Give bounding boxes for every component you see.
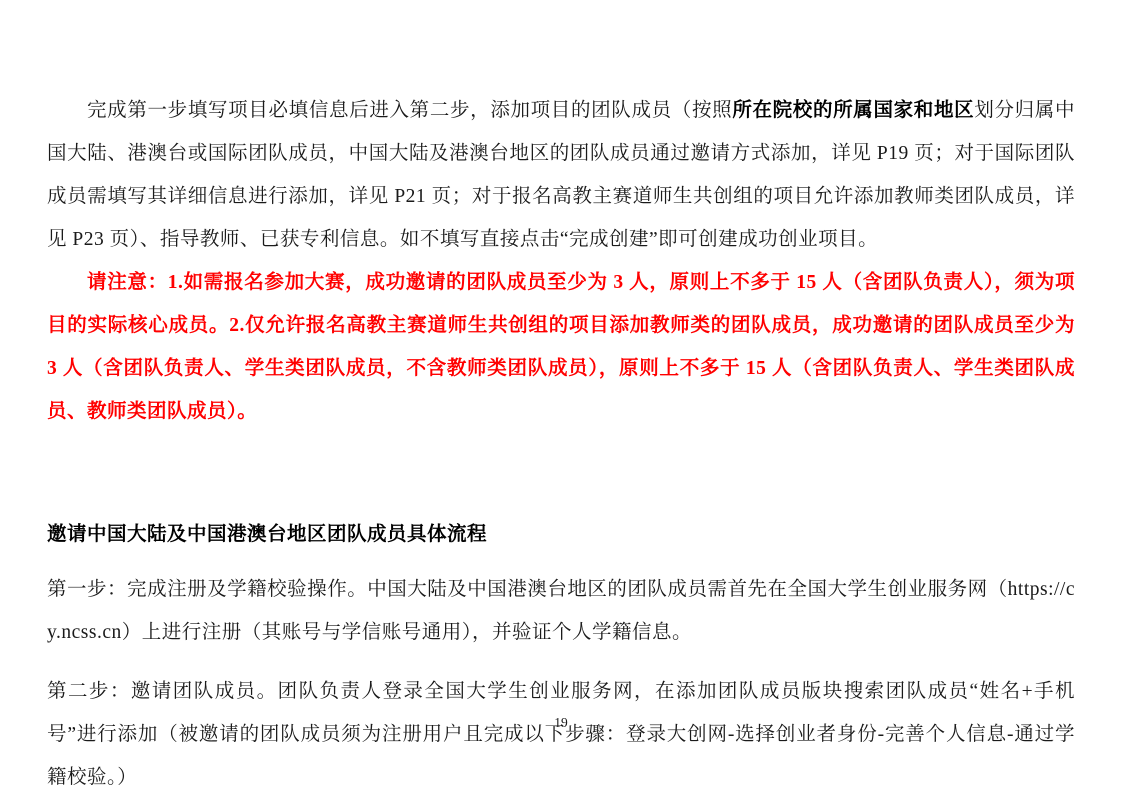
page-footer: 19 [0, 713, 1122, 733]
page-number: 19 [554, 715, 568, 730]
section-heading: 邀请中国大陆及中国港澳台地区团队成员具体流程 [47, 513, 1075, 556]
intro-lead-text: 完成第一步填写项目必填信息后进入第二步，添加项目的团队成员（按照 [87, 100, 732, 121]
intro-tail-text: 划分归属中国大陆、港澳台或国际团队成员，中国大陆及港澳台地区的团队成员通过邀请方… [47, 100, 1075, 250]
document-content: 完成第一步填写项目必填信息后进入第二步，添加项目的团队成员（按照所在院校的所属国… [47, 0, 1075, 793]
notice-paragraph: 请注意：1.如需报名参加大赛，成功邀请的团队成员至少为 3 人，原则上不多于 1… [47, 261, 1075, 433]
step1-paragraph: 第一步：完成注册及学籍校验操作。中国大陆及中国港澳台地区的团队成员需首先在全国大… [47, 568, 1075, 654]
document-page: 完成第一步填写项目必填信息后进入第二步，添加项目的团队成员（按照所在院校的所属国… [0, 0, 1122, 793]
intro-paragraph: 完成第一步填写项目必填信息后进入第二步，添加项目的团队成员（按照所在院校的所属国… [47, 89, 1075, 261]
intro-emphasis-text: 所在院校的所属国家和地区 [732, 100, 974, 121]
